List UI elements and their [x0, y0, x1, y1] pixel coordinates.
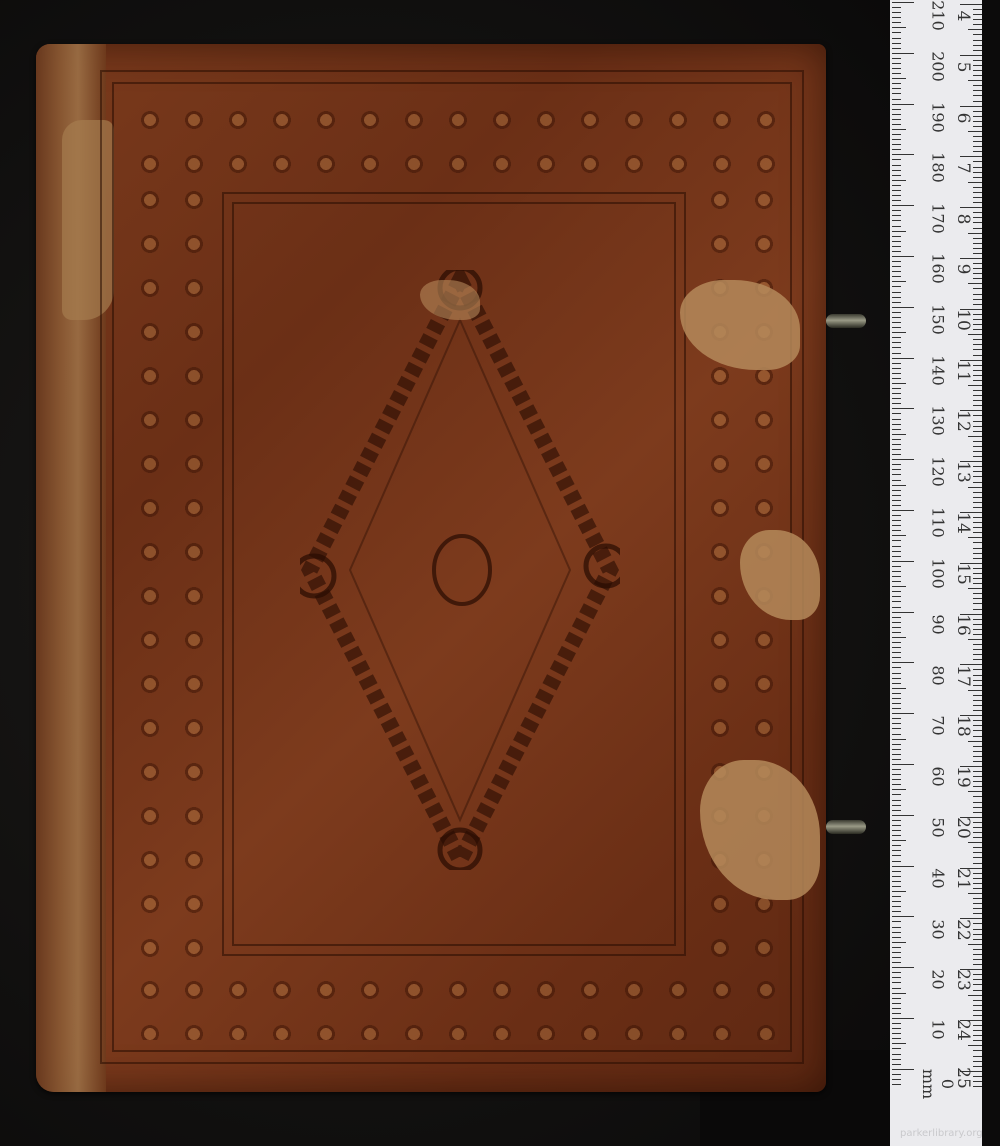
central-medallion-icon: [434, 536, 490, 604]
mm-label: 50: [929, 808, 948, 848]
clasp-top: [826, 314, 866, 328]
floral-border-left: [130, 180, 210, 970]
mm-label: 60: [929, 757, 948, 797]
mm-label: 160: [929, 249, 948, 289]
mm-label: 0 mm: [919, 1064, 957, 1104]
mm-label: 140: [929, 351, 948, 391]
mm-label: 40: [929, 859, 948, 899]
cm-label: 4: [953, 1, 973, 31]
mm-label: 120: [929, 452, 948, 492]
cm-label: 13: [953, 457, 973, 487]
mm-label: 80: [929, 656, 948, 696]
mm-label: 130: [929, 401, 948, 441]
cm-label: 24: [953, 1015, 973, 1045]
cm-label: 25: [953, 1063, 973, 1093]
cm-label: 14: [953, 508, 973, 538]
mm-label: 150: [929, 300, 948, 340]
cm-label: 8: [953, 204, 973, 234]
cm-label: 18: [953, 711, 973, 741]
clasp-bottom: [826, 820, 866, 834]
mm-label: 20: [929, 960, 948, 1000]
floral-border-top: [130, 100, 780, 180]
cm-label: 21: [953, 864, 973, 894]
mm-label: 210: [929, 0, 948, 36]
cm-label: 6: [953, 103, 973, 133]
watermark: parkerlibrary.org: [900, 1128, 983, 1139]
cm-label: 16: [953, 610, 973, 640]
cm-label: 20: [953, 813, 973, 843]
cm-label: 10: [953, 305, 973, 335]
cm-label: 15: [953, 559, 973, 589]
mm-label: 200: [929, 47, 948, 87]
mm-label: 180: [929, 148, 948, 188]
cm-label: 12: [953, 406, 973, 436]
floral-border-bottom: [130, 970, 780, 1040]
cm-label: 22: [953, 915, 973, 945]
cm-label: 9: [953, 254, 973, 284]
cm-label: 5: [953, 52, 973, 82]
central-lozenge-ornament: [300, 270, 620, 870]
mm-label: 90: [929, 605, 948, 645]
cm-label: 7: [953, 153, 973, 183]
mm-label: 30: [929, 910, 948, 950]
mm-label: 70: [929, 706, 948, 746]
mm-label: 110: [929, 503, 948, 543]
cm-label: 19: [953, 762, 973, 792]
mm-label: 170: [929, 199, 948, 239]
mm-label: 10: [929, 1010, 948, 1050]
mm-label: 190: [929, 98, 948, 138]
ruler-edge: [982, 0, 1000, 1146]
mm-label: 100: [929, 554, 948, 594]
cm-label: 17: [953, 661, 973, 691]
cm-label: 11: [953, 356, 973, 386]
cm-label: 23: [953, 965, 973, 995]
